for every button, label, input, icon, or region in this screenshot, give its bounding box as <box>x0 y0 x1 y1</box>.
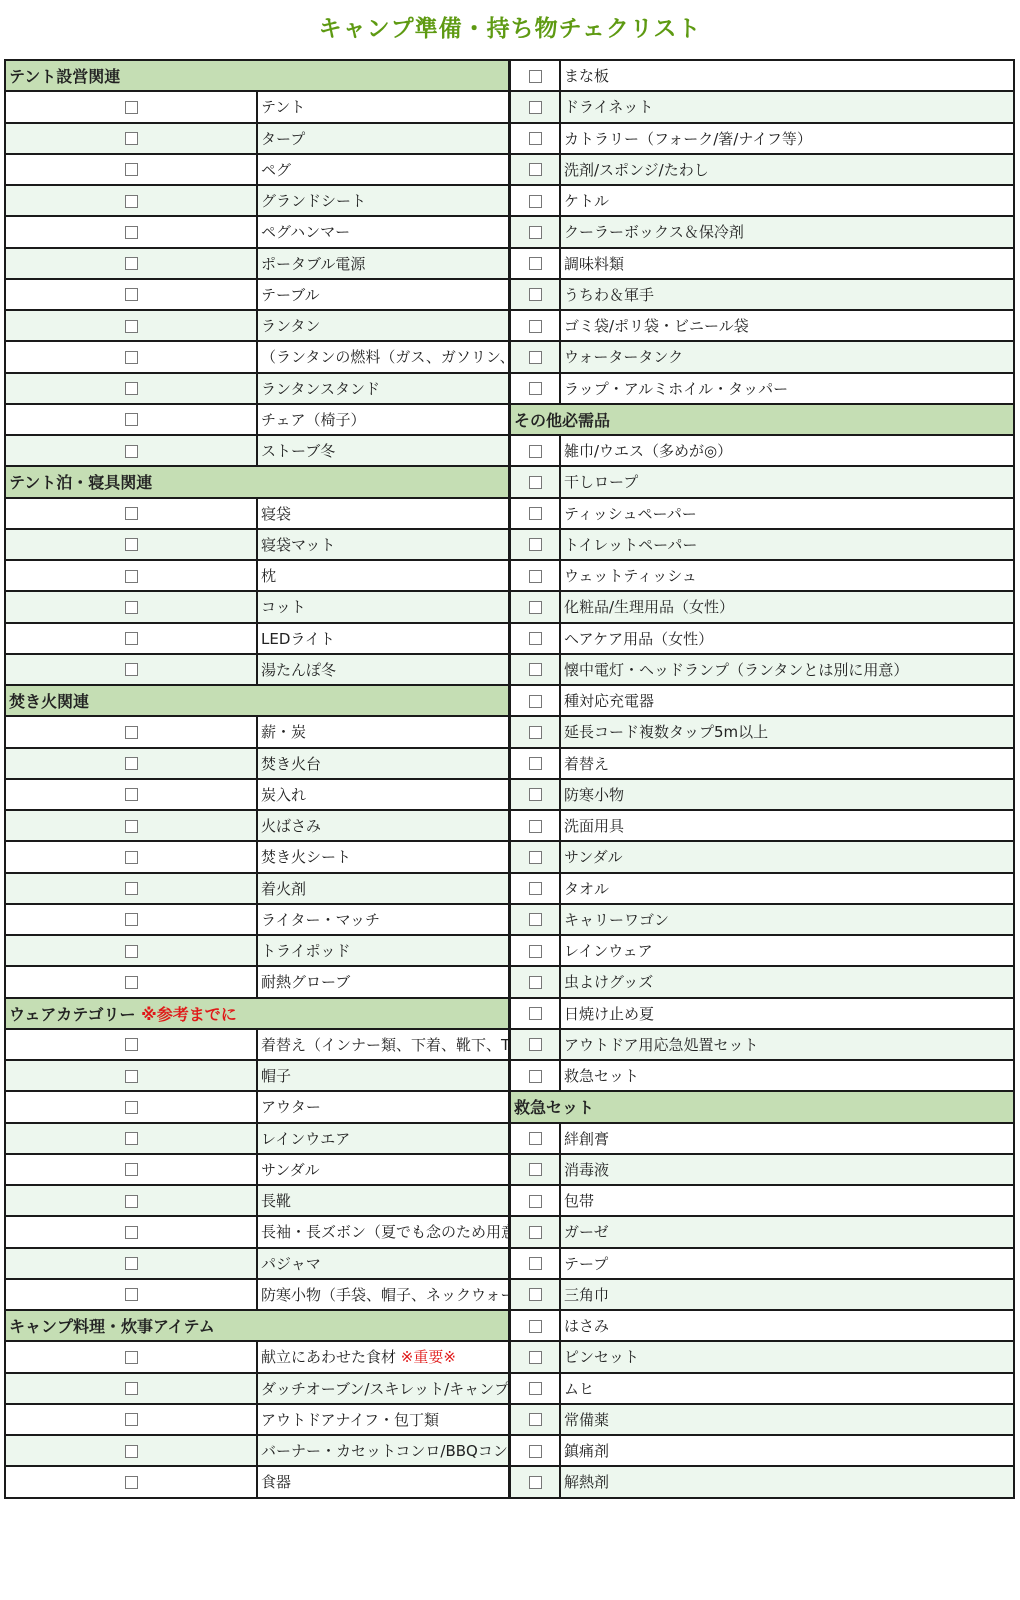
checkbox[interactable] <box>125 1382 138 1395</box>
checklist-row: テープ <box>510 1248 1014 1279</box>
item-label: ティッシュペーパー <box>564 505 697 523</box>
checkbox-cell <box>5 966 257 997</box>
checkbox[interactable] <box>529 351 542 364</box>
item-label: LEDライト <box>261 630 335 648</box>
item-label: アウター <box>261 1098 321 1116</box>
item-label: ストーブ冬 <box>261 442 335 460</box>
checkbox[interactable] <box>529 913 542 926</box>
checklist-row: 着替え <box>510 748 1014 779</box>
section-note: ※参考までに <box>141 1005 237 1024</box>
section-header: テント泊・寝具関連 <box>5 466 509 497</box>
checkbox-cell <box>510 91 560 122</box>
checklist-row: 枕 <box>5 560 509 591</box>
checkbox-cell <box>510 1185 560 1216</box>
checkbox-cell <box>510 279 560 310</box>
item-cell: ライター・マッチ <box>257 904 509 935</box>
checkbox[interactable] <box>125 132 138 145</box>
item-label: ポータブル電源 <box>261 255 365 273</box>
item-cell: LEDライト <box>257 623 509 654</box>
checklist-row: アウトドア用応急処置セット <box>510 1029 1014 1060</box>
checkbox-cell <box>5 1404 257 1435</box>
checkbox[interactable] <box>125 382 138 395</box>
item-label: 長靴 <box>261 1192 291 1210</box>
item-label: ヘアケア用品（女性） <box>564 630 713 648</box>
checkbox[interactable] <box>125 1132 138 1145</box>
checklist-row: ペグハンマー <box>5 216 509 247</box>
item-cell: パジャマ <box>257 1248 509 1279</box>
item-label: ケトル <box>564 192 609 210</box>
item-label: クーラーボックス＆保冷剤 <box>564 223 744 241</box>
checkbox[interactable] <box>125 851 138 864</box>
item-label: アウトドアナイフ・包丁類 <box>261 1411 439 1429</box>
checkbox[interactable] <box>125 1038 138 1051</box>
item-label: サンダル <box>261 1161 320 1179</box>
checkbox[interactable] <box>529 382 542 395</box>
checkbox[interactable] <box>125 663 138 676</box>
item-label: 洗面用具 <box>564 817 624 835</box>
checkbox-cell <box>510 498 560 529</box>
item-cell: ピンセット <box>560 1341 1014 1372</box>
checkbox[interactable] <box>529 1382 542 1395</box>
checkbox[interactable] <box>529 1007 542 1020</box>
checkbox-cell <box>5 1279 257 1310</box>
item-label: 包帯 <box>564 1192 594 1210</box>
item-cell: 虫よけグッズ <box>560 966 1014 997</box>
item-cell: サンダル <box>560 841 1014 872</box>
checkbox-cell <box>510 1123 560 1154</box>
checkbox[interactable] <box>529 163 542 176</box>
checklist-row: キャリーワゴン <box>510 904 1014 935</box>
checkbox[interactable] <box>125 1288 138 1301</box>
checklist-row: 虫よけグッズ <box>510 966 1014 997</box>
checkbox[interactable] <box>529 726 542 739</box>
checkbox[interactable] <box>529 1413 542 1426</box>
item-label: ダッチオーブン/スキレット/キャンプ鍋など調理道具 <box>261 1380 509 1398</box>
checklist-row: 常備薬 <box>510 1404 1014 1435</box>
checkbox-cell <box>5 404 257 435</box>
item-label: タープ <box>261 130 305 148</box>
checklist-row: 化粧品/生理用品（女性） <box>510 591 1014 622</box>
item-label: ピンセット <box>564 1348 639 1366</box>
checklist-row: テーブル <box>5 279 509 310</box>
checkbox[interactable] <box>125 632 138 645</box>
checkbox-cell <box>510 248 560 279</box>
checkbox[interactable] <box>125 570 138 583</box>
checklist-row: チェア（椅子） <box>5 404 509 435</box>
checkbox-cell <box>510 1154 560 1185</box>
item-cell: 寝袋 <box>257 498 509 529</box>
item-cell: 日焼け止め夏 <box>560 998 1014 1029</box>
checkbox[interactable] <box>529 663 542 676</box>
checkbox[interactable] <box>529 788 542 801</box>
item-label: 長袖・長ズボン（夏でも念のため用意を） <box>261 1223 509 1241</box>
checklist-row: 湯たんぽ冬 <box>5 654 509 685</box>
checklist-row: 薪・炭 <box>5 716 509 747</box>
checkbox-cell <box>5 841 257 872</box>
checkbox[interactable] <box>529 1445 542 1458</box>
section-header: 焚き火関連 <box>5 685 509 716</box>
checkbox[interactable] <box>125 882 138 895</box>
item-label: （ランタンの燃料（ガス、ガソリン、乾電池） <box>261 348 509 366</box>
item-cell: レインウェア <box>560 935 1014 966</box>
item-cell: ムヒ <box>560 1373 1014 1404</box>
checklist-row: 日焼け止め夏 <box>510 998 1014 1029</box>
item-label: タオル <box>564 880 609 898</box>
item-label: ゴミ袋/ポリ袋・ビニール袋 <box>564 317 749 335</box>
item-label: コット <box>261 598 306 616</box>
checkbox[interactable] <box>529 195 542 208</box>
item-label: バーナー・カセットコンロ/BBQコンロ <box>261 1442 509 1460</box>
item-cell: ペグ <box>257 154 509 185</box>
item-label: 寝袋マット <box>261 536 335 554</box>
item-cell: タープ <box>257 123 509 154</box>
checklist-row: 雑巾/ウエス（多めが◎） <box>510 435 1014 466</box>
item-label: ウェットティッシュ <box>564 567 697 585</box>
checkbox-cell <box>5 1154 257 1185</box>
checkbox[interactable] <box>125 726 138 739</box>
checkbox[interactable] <box>125 976 138 989</box>
item-cell: ランタン <box>257 310 509 341</box>
checkbox[interactable] <box>529 320 542 333</box>
item-label: トイレットペーパー <box>564 536 697 554</box>
checkbox-cell <box>5 1123 257 1154</box>
checklist-row: 洗面用具 <box>510 810 1014 841</box>
checkbox[interactable] <box>529 1132 542 1145</box>
checklist-row: カトラリー（フォーク/箸/ナイフ等） <box>510 123 1014 154</box>
item-label: ランタンスタンド <box>261 380 380 398</box>
item-cell: バーナー・カセットコンロ/BBQコンロ <box>257 1435 509 1466</box>
checkbox-cell <box>510 1216 560 1247</box>
checkbox-cell <box>510 310 560 341</box>
checkbox[interactable] <box>529 945 542 958</box>
item-label: 食器 <box>261 1473 291 1491</box>
checklist-row: 種対応充電器 <box>510 685 1014 716</box>
item-cell: 枕 <box>257 560 509 591</box>
checkbox-cell <box>5 1248 257 1279</box>
item-cell: 薪・炭 <box>257 716 509 747</box>
checkbox[interactable] <box>529 1288 542 1301</box>
checkbox-cell <box>5 654 257 685</box>
checkbox-cell <box>5 435 257 466</box>
item-label: グランドシート <box>261 192 366 210</box>
checklist-row: 消毒液 <box>510 1154 1014 1185</box>
checkbox[interactable] <box>529 632 542 645</box>
checklist-row: ストーブ冬 <box>5 435 509 466</box>
checkbox[interactable] <box>125 257 138 270</box>
checkbox[interactable] <box>125 226 138 239</box>
checkbox[interactable] <box>125 1226 138 1239</box>
item-label: アウトドア用応急処置セット <box>564 1036 759 1054</box>
checkbox-cell <box>5 591 257 622</box>
item-label: ペグハンマー <box>261 223 350 241</box>
checklist-row: ティッシュペーパー <box>510 498 1014 529</box>
checkbox[interactable] <box>125 445 138 458</box>
checklist-row: 献立にあわせた食材 ※重要※ <box>5 1341 509 1372</box>
item-cell: 化粧品/生理用品（女性） <box>560 591 1014 622</box>
checkbox[interactable] <box>125 195 138 208</box>
item-label: ムヒ <box>564 1380 594 1398</box>
checkbox[interactable] <box>529 757 542 770</box>
checkbox[interactable] <box>125 1070 138 1083</box>
item-label: 着替え（インナー類、下着、靴下、Tシャツなど） <box>261 1036 509 1054</box>
checkbox-cell <box>5 373 257 404</box>
item-label: 救急セット <box>564 1067 639 1085</box>
checkbox[interactable] <box>529 132 542 145</box>
checkbox[interactable] <box>529 101 542 114</box>
checklist-row: ムヒ <box>510 1373 1014 1404</box>
checkbox-cell <box>5 935 257 966</box>
item-label: ラップ・アルミホイル・タッパー <box>564 380 788 398</box>
checkbox-cell <box>510 1373 560 1404</box>
checklist-row: アウター <box>5 1091 509 1122</box>
section-title: ウェアカテゴリー ※参考までに <box>5 998 509 1029</box>
item-label: 種対応充電器 <box>564 692 654 710</box>
checkbox-cell <box>5 1341 257 1372</box>
checklist-row: 防寒小物 <box>510 779 1014 810</box>
item-label: ランタン <box>261 317 320 335</box>
checkbox[interactable] <box>529 1476 542 1489</box>
checkbox[interactable] <box>529 1351 542 1364</box>
checkbox[interactable] <box>125 101 138 114</box>
section-title: 焚き火関連 <box>5 685 509 716</box>
item-cell: 常備薬 <box>560 1404 1014 1435</box>
section-header: 救急セット <box>510 1091 1014 1122</box>
checkbox[interactable] <box>529 1195 542 1208</box>
item-cell: ストーブ冬 <box>257 435 509 466</box>
checklist-row: バーナー・カセットコンロ/BBQコンロ <box>5 1435 509 1466</box>
item-cell: アウター <box>257 1091 509 1122</box>
item-cell: 鎮痛剤 <box>560 1435 1014 1466</box>
item-label: 焚き火台 <box>261 755 321 773</box>
checkbox-cell <box>510 154 560 185</box>
item-label: まな板 <box>564 67 609 85</box>
checkbox[interactable] <box>529 882 542 895</box>
checkbox[interactable] <box>529 1257 542 1270</box>
checklist-row: ケトル <box>510 185 1014 216</box>
checkbox-cell <box>510 1060 560 1091</box>
checkbox-cell <box>5 1466 257 1497</box>
checkbox-cell <box>510 1279 560 1310</box>
checklist-row: 焚き火台 <box>5 748 509 779</box>
checklist-row: レインウェア <box>510 935 1014 966</box>
checkbox[interactable] <box>125 413 138 426</box>
checkbox[interactable] <box>529 601 542 614</box>
checklist-row: ピンセット <box>510 1341 1014 1372</box>
checklist-row: レインウエア <box>5 1123 509 1154</box>
item-cell: 帽子 <box>257 1060 509 1091</box>
checkbox[interactable] <box>125 1101 138 1114</box>
checkbox-cell <box>510 1404 560 1435</box>
checklist-row: 救急セット <box>510 1060 1014 1091</box>
checkbox[interactable] <box>529 70 542 83</box>
checklist-row: はさみ <box>510 1310 1014 1341</box>
section-header: ウェアカテゴリー ※参考までに <box>5 998 509 1029</box>
item-cell: ガーゼ <box>560 1216 1014 1247</box>
checkbox-cell <box>5 1216 257 1247</box>
checkbox[interactable] <box>125 1195 138 1208</box>
item-label: 枕 <box>261 567 276 585</box>
checkbox-cell <box>510 529 560 560</box>
checkbox-cell <box>510 779 560 810</box>
item-cell: アウトドアナイフ・包丁類 <box>257 1404 509 1435</box>
item-cell: 調味料類 <box>560 248 1014 279</box>
checklist-left-column: テント設営関連テントタープペググランドシートペグハンマーポータブル電源テーブルラ… <box>4 59 510 1499</box>
checkbox[interactable] <box>125 1476 138 1489</box>
checkbox[interactable] <box>125 601 138 614</box>
checklist-row: 火ばさみ <box>5 810 509 841</box>
item-cell: ラップ・アルミホイル・タッパー <box>560 373 1014 404</box>
item-cell: まな板 <box>560 60 1014 91</box>
checkbox[interactable] <box>529 695 542 708</box>
checkbox[interactable] <box>125 163 138 176</box>
checklist-row: 干しロープ <box>510 466 1014 497</box>
checkbox[interactable] <box>529 1038 542 1051</box>
item-label: 薪・炭 <box>261 723 306 741</box>
checkbox[interactable] <box>529 1226 542 1239</box>
item-label: 着火剤 <box>261 880 306 898</box>
checkbox[interactable] <box>125 1351 138 1364</box>
item-cell: アウトドア用応急処置セット <box>560 1029 1014 1060</box>
item-label: トライポッド <box>261 942 351 960</box>
item-label: 耐熱グローブ <box>261 973 350 991</box>
item-cell: 焚き火シート <box>257 841 509 872</box>
checkbox[interactable] <box>529 257 542 270</box>
item-cell: ゴミ袋/ポリ袋・ビニール袋 <box>560 310 1014 341</box>
item-label: 湯たんぽ冬 <box>261 661 336 679</box>
checkbox[interactable] <box>529 288 542 301</box>
checklist-row: ライター・マッチ <box>5 904 509 935</box>
item-cell: 延長コード複数タップ5m以上 <box>560 716 1014 747</box>
item-cell: 着火剤 <box>257 873 509 904</box>
item-label: チェア（椅子） <box>261 411 366 429</box>
item-label: 火ばさみ <box>261 817 321 835</box>
item-cell: ポータブル電源 <box>257 248 509 279</box>
item-label: テーブル <box>261 286 320 304</box>
item-cell: チェア（椅子） <box>257 404 509 435</box>
checkbox[interactable] <box>529 976 542 989</box>
checklist-row: ランタン <box>5 310 509 341</box>
checklist-row: テント <box>5 91 509 122</box>
item-label: テープ <box>564 1255 608 1273</box>
section-label: テント泊・寝具関連 <box>9 473 152 492</box>
item-label: 三角巾 <box>564 1286 609 1304</box>
item-label: 虫よけグッズ <box>564 973 653 991</box>
checkbox[interactable] <box>529 1070 542 1083</box>
item-note: ※重要※ <box>401 1348 456 1366</box>
item-label: 洗剤/スポンジ/たわし <box>564 161 709 179</box>
checkbox[interactable] <box>529 851 542 864</box>
checkbox[interactable] <box>529 445 542 458</box>
item-cell: 長袖・長ズボン（夏でも念のため用意を） <box>257 1216 509 1247</box>
item-label: ガーゼ <box>564 1223 609 1241</box>
item-label: 化粧品/生理用品（女性） <box>564 598 734 616</box>
checkbox[interactable] <box>125 945 138 958</box>
item-label: レインウエア <box>261 1130 350 1148</box>
item-label: キャリーワゴン <box>564 911 669 929</box>
checkbox-cell <box>510 123 560 154</box>
checkbox[interactable] <box>125 1163 138 1176</box>
checklist-row: 調味料類 <box>510 248 1014 279</box>
section-title: その他必需品 <box>510 404 1014 435</box>
checklist-row: 寝袋 <box>5 498 509 529</box>
item-label: 懐中電灯・ヘッドランプ（ランタンとは別に用意） <box>564 661 908 679</box>
checkbox-cell <box>510 1341 560 1372</box>
checkbox[interactable] <box>125 1413 138 1426</box>
item-cell: ダッチオーブン/スキレット/キャンプ鍋など調理道具 <box>257 1373 509 1404</box>
item-cell: ペグハンマー <box>257 216 509 247</box>
item-cell: 干しロープ <box>560 466 1014 497</box>
checklist-row: コット <box>5 591 509 622</box>
item-cell: クーラーボックス＆保冷剤 <box>560 216 1014 247</box>
checkbox[interactable] <box>125 507 138 520</box>
checkbox[interactable] <box>125 351 138 364</box>
checkbox-cell <box>510 1029 560 1060</box>
section-label: テント設営関連 <box>9 67 120 86</box>
checkbox[interactable] <box>125 820 138 833</box>
checklist-row: トイレットペーパー <box>510 529 1014 560</box>
checkbox-cell <box>5 341 257 372</box>
checklist-row: 着火剤 <box>5 873 509 904</box>
checkbox[interactable] <box>125 288 138 301</box>
section-label: その他必需品 <box>514 411 610 430</box>
item-label: テント <box>261 98 305 116</box>
checkbox[interactable] <box>125 320 138 333</box>
checkbox[interactable] <box>125 913 138 926</box>
item-label: 干しロープ <box>564 473 638 491</box>
checkbox[interactable] <box>125 788 138 801</box>
checkbox[interactable] <box>529 570 542 583</box>
section-label: ウェアカテゴリー <box>9 1005 136 1024</box>
item-cell: うちわ＆軍手 <box>560 279 1014 310</box>
item-label: 日焼け止め夏 <box>564 1005 654 1023</box>
checkbox-cell <box>510 623 560 654</box>
checklist-row: 寝袋マット <box>5 529 509 560</box>
item-cell: 長靴 <box>257 1185 509 1216</box>
checkbox-cell <box>5 1435 257 1466</box>
item-label: 絆創膏 <box>564 1130 609 1148</box>
item-label: パジャマ <box>261 1255 321 1273</box>
item-cell: 三角巾 <box>560 1279 1014 1310</box>
checkbox-cell <box>510 935 560 966</box>
checkbox-cell <box>510 748 560 779</box>
checkbox-cell <box>510 185 560 216</box>
checklist-row: うちわ＆軍手 <box>510 279 1014 310</box>
checklist-right-column: まな板ドライネットカトラリー（フォーク/箸/ナイフ等）洗剤/スポンジ/たわしケト… <box>509 59 1015 1499</box>
checkbox-cell <box>510 591 560 622</box>
item-cell: ドライネット <box>560 91 1014 122</box>
checkbox[interactable] <box>529 226 542 239</box>
checkbox[interactable] <box>125 1445 138 1458</box>
item-cell: 寝袋マット <box>257 529 509 560</box>
checkbox[interactable] <box>125 538 138 551</box>
checkbox[interactable] <box>529 1163 542 1176</box>
item-cell: ケトル <box>560 185 1014 216</box>
checkbox[interactable] <box>125 757 138 770</box>
checkbox-cell <box>5 810 257 841</box>
item-label: レインウェア <box>564 942 653 960</box>
item-label: 炭入れ <box>261 786 306 804</box>
checkbox[interactable] <box>529 476 542 489</box>
item-cell: 包帯 <box>560 1185 1014 1216</box>
checkbox-cell <box>510 716 560 747</box>
checkbox[interactable] <box>529 507 542 520</box>
checkbox[interactable] <box>529 820 542 833</box>
checkbox[interactable] <box>529 538 542 551</box>
item-cell: はさみ <box>560 1310 1014 1341</box>
checkbox[interactable] <box>125 1257 138 1270</box>
checkbox[interactable] <box>529 1320 542 1333</box>
checklist-row: サンダル <box>510 841 1014 872</box>
